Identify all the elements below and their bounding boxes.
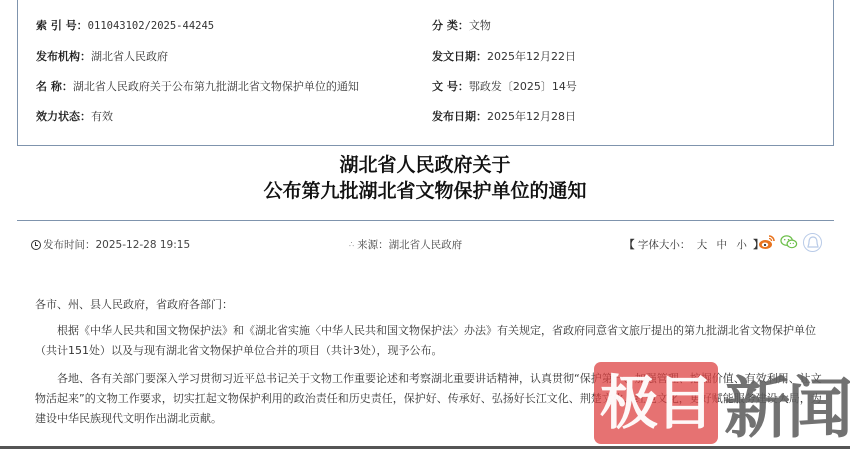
clock-icon bbox=[31, 240, 41, 250]
weibo-icon bbox=[758, 234, 776, 250]
meta-index-number: 索 引 号：011043102/2025-44245 bbox=[36, 19, 214, 33]
body-paragraph: 根据《中华人民共和国文物保护法》和《湖北省实施〈中华人民共和国文物保护法〉办法》… bbox=[35, 321, 825, 361]
source-icon: ∴ bbox=[349, 240, 354, 249]
article-title: 湖北省人民政府关于 公布第九批湖北省文物保护单位的通知 bbox=[0, 152, 850, 204]
meta-status: 效力状态：有效 bbox=[36, 110, 113, 124]
share-weibo-button[interactable] bbox=[758, 233, 776, 251]
article-source: ∴ 来源： 湖北省人民政府 bbox=[349, 237, 462, 252]
meta-name: 名 称：湖北省人民政府关于公布第九批湖北省文物保护单位的通知 bbox=[36, 80, 359, 94]
font-size-large-button[interactable]: 大 bbox=[697, 239, 708, 251]
meta-issuer: 发布机构：湖北省人民政府 bbox=[36, 50, 168, 64]
body-paragraph: 各地、各有关部门要深入学习贯彻习近平总书记关于文物工作重要论述和考察湖北重要讲话… bbox=[35, 369, 825, 429]
wechat-icon bbox=[780, 234, 798, 250]
share-wechat-button[interactable] bbox=[780, 233, 798, 251]
meta-publish-date: 发布日期：2025年12月28日 bbox=[432, 110, 576, 124]
article-body: 各市、州、县人民政府，省政府各部门： 根据《中华人民共和国文物保护法》和《湖北省… bbox=[35, 295, 825, 437]
document-metadata-panel: 索 引 号：011043102/2025-44245 分 类：文物 发布机构：湖… bbox=[17, 0, 834, 146]
share-qzone-button[interactable] bbox=[803, 233, 822, 252]
article-info-bar: 发布时间： 2025-12-28 19:15 ∴ 来源： 湖北省人民政府 【 字… bbox=[17, 222, 834, 264]
body-salutation: 各市、州、县人民政府，省政府各部门： bbox=[35, 295, 825, 315]
font-size-medium-button[interactable]: 中 bbox=[717, 239, 728, 251]
font-size-control: 【 字体大小： 大 中 小 】 bbox=[624, 237, 764, 252]
article-title-line-1: 湖北省人民政府关于 bbox=[0, 152, 850, 178]
font-size-small-button[interactable]: 小 bbox=[736, 239, 747, 251]
publish-time: 发布时间： 2025-12-28 19:15 bbox=[31, 237, 190, 252]
article-title-line-2: 公布第九批湖北省文物保护单位的通知 bbox=[0, 178, 850, 204]
meta-category: 分 类：文物 bbox=[432, 19, 491, 33]
qzone-icon bbox=[807, 236, 819, 249]
meta-doc-number: 文 号：鄂政发〔2025〕14号 bbox=[432, 80, 577, 94]
title-divider bbox=[17, 220, 834, 221]
meta-issue-date: 发文日期：2025年12月22日 bbox=[432, 50, 576, 64]
